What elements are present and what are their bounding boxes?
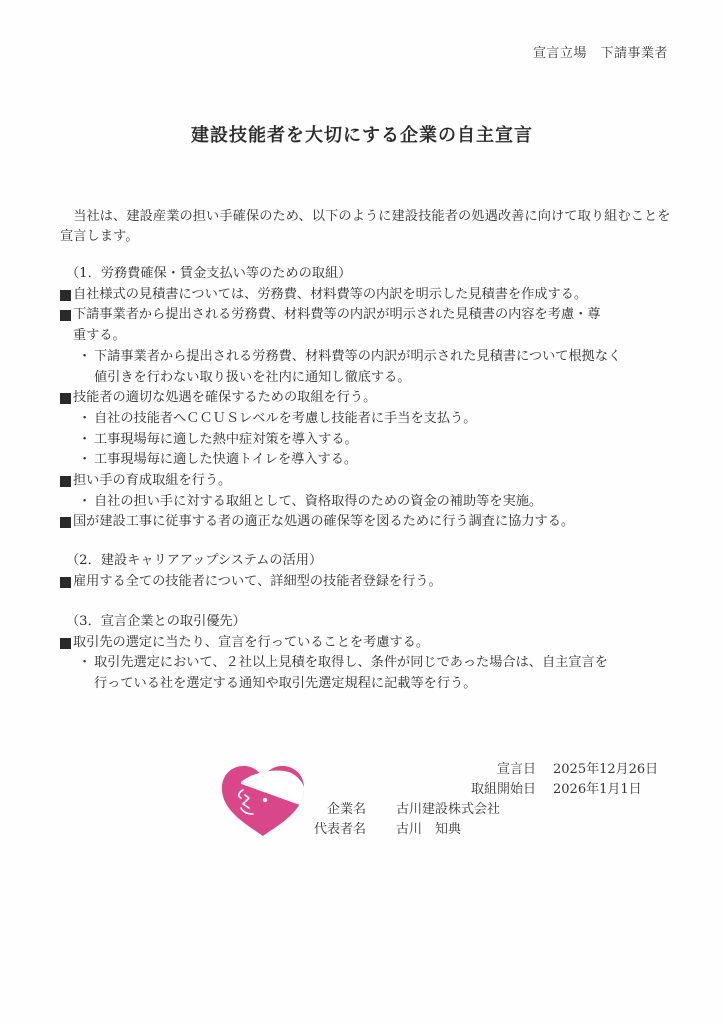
intro-paragraph: 当社は、建設産業の担い手確保のため、以下のように建設技能者の処遇改善に向けて取り… bbox=[60, 207, 680, 247]
square-bullet-icon bbox=[60, 393, 71, 404]
square-bullet-icon bbox=[60, 577, 71, 588]
sub-item: ・ 自社の担い手に対する取組として、資格取得のための資金の補助等を実施。 bbox=[60, 492, 680, 513]
section-3: （3．宣言企業との取引優先） 取引先の選定に当たり、宣言を行っていることを考慮す… bbox=[60, 612, 680, 695]
sub-item: ・ 自社の技能者へＣＣＵＳレベルを考慮し技能者に手当を支払う。 bbox=[60, 409, 680, 430]
section-heading: （2．建設キャリアアップシステムの活用） bbox=[60, 551, 680, 572]
middle-dot-icon: ・ bbox=[78, 430, 91, 451]
section-1: （1．労務費確保・賃金支払い等のための取組） 自社様式の見積書については、労務費… bbox=[60, 264, 680, 533]
document-page: 宣言立場 下請事業者 建設技能者を大切にする企業の自主宣言 当社は、建設産業の担… bbox=[0, 0, 724, 1024]
bullet-item: 技能者の適切な処遇を確保するための取組を行う。 bbox=[60, 388, 680, 409]
middle-dot-icon: ・ bbox=[78, 409, 91, 430]
company-label: 企業名 bbox=[300, 798, 366, 817]
bullet-item: 担い手の育成取組を行う。 bbox=[60, 471, 680, 492]
heart-face-logo-icon bbox=[219, 762, 307, 838]
square-bullet-icon bbox=[60, 310, 71, 321]
company-name: 古川建設株式会社 bbox=[396, 798, 500, 817]
square-bullet-icon bbox=[60, 290, 71, 301]
declaration-stance: 宣言立場 下請事業者 bbox=[533, 42, 668, 61]
square-bullet-icon bbox=[60, 476, 71, 487]
middle-dot-icon: ・ bbox=[78, 492, 91, 513]
sub-item: ・ 下請事業者から提出される労務費、材料費等の内訳が明示された見積書について根拠… bbox=[60, 347, 680, 368]
section-2: （2．建設キャリアアップシステムの活用） 雇用する全ての技能者について、詳細型の… bbox=[60, 551, 680, 592]
sub-item: ・ 工事現場毎に適した快適トイレを導入する。 bbox=[60, 450, 680, 471]
section-heading: （3．宣言企業との取引優先） bbox=[60, 612, 680, 633]
bullet-item: 自社様式の見積書については、労務費、材料費等の内訳を明示した見積書を作成する。 bbox=[60, 285, 680, 306]
sub-item: ・ 工事現場毎に適した熱中症対策を導入する。 bbox=[60, 430, 680, 451]
start-date: 2026年1月1日 bbox=[553, 778, 642, 797]
bullet-item: 下請事業者から提出される労務費、材料費等の内訳が明示された見積書の内容を考慮・尊… bbox=[60, 305, 680, 346]
sub-item-continuation: 値引きを行わない取り扱いを社内に通知し徹底する。 bbox=[60, 368, 680, 389]
bullet-item: 取引先の選定に当たり、宣言を行っていることを考慮する。 bbox=[60, 633, 680, 654]
representative-label: 代表者名 bbox=[300, 818, 366, 837]
declaration-date-label: 宣言日 bbox=[440, 758, 536, 777]
sub-item-continuation: 行っている社を選定する通知や取引先選定規程に記載等を行う。 bbox=[60, 674, 680, 695]
representative-name: 古川 知典 bbox=[396, 818, 461, 837]
document-title: 建設技能者を大切にする企業の自主宣言 bbox=[0, 121, 724, 147]
declaration-date: 2025年12月26日 bbox=[553, 758, 658, 777]
bullet-item: 雇用する全ての技能者について、詳細型の技能者登録を行う。 bbox=[60, 572, 680, 593]
section-heading: （1．労務費確保・賃金支払い等のための取組） bbox=[60, 264, 680, 285]
sub-item: ・ 取引先選定において、２社以上見積を取得し、条件が同じであった場合は、自主宣言… bbox=[60, 653, 680, 674]
middle-dot-icon: ・ bbox=[78, 450, 91, 471]
middle-dot-icon: ・ bbox=[78, 347, 91, 368]
middle-dot-icon: ・ bbox=[78, 653, 91, 674]
square-bullet-icon bbox=[60, 517, 71, 528]
start-date-label: 取組開始日 bbox=[420, 778, 536, 797]
square-bullet-icon bbox=[60, 638, 71, 649]
bullet-item: 国が建設工事に従事する者の適正な処遇の確保等を図るために行う調査に協力する。 bbox=[60, 512, 680, 533]
